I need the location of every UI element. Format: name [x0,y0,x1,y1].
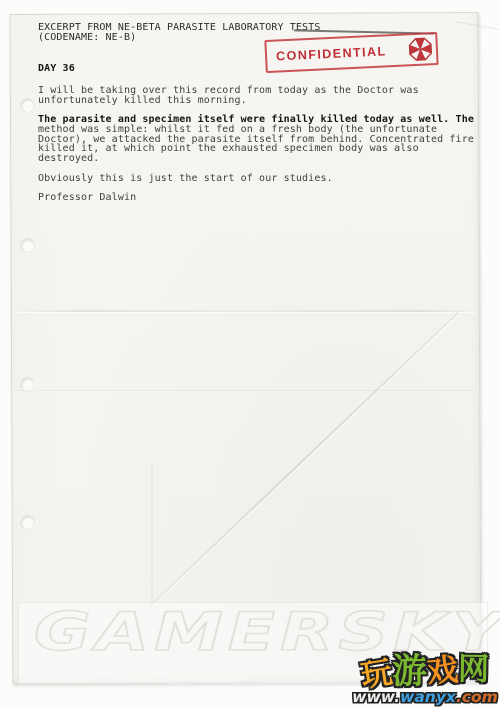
paragraph-3: Obviously this is just the start of our … [38,174,333,184]
paragraph-line: unfortunately killed this morning. [38,96,419,106]
punch-hole [20,98,35,113]
wanyx-url-suffix: .com [456,688,498,706]
signature: Professor Dalwin [38,193,136,203]
punch-hole [20,515,35,530]
wanyx-char: 游 [392,654,428,690]
paragraph-line: killed it, at which point the exhausted … [38,144,474,154]
wanyx-char: 网 [458,654,490,686]
paragraph-1: I will be taking over this record from t… [38,86,419,106]
scanned-document-page: EXCERPT FROM NE-BETA PARASITE LABORATORY… [0,0,500,707]
umbrella-logo-icon [407,36,433,62]
wanyx-char: 玩 [359,657,394,692]
punch-hole [20,377,35,392]
day-heading-text: DAY 36 [38,64,75,74]
paper-sheet [10,12,482,684]
wanyx-char: 戏 [426,655,460,689]
confidential-stamp-label: CONFIDENTIAL [276,43,404,63]
signature-text: Professor Dalwin [38,193,136,203]
paragraph-line: destroyed. [38,154,474,164]
wanyx-site-name: 玩 游 戏 网 [349,649,500,692]
wanyx-logo: 玩 游 戏 网 www.wanyx.com [350,653,500,706]
gamersky-watermark: GAMERSKY [34,606,500,659]
punch-hole [20,238,35,253]
paragraph-line: Obviously this is just the start of our … [38,174,333,184]
paragraph-2: The parasite and specimen itself were fi… [38,115,474,164]
day-heading: DAY 36 [38,64,75,74]
